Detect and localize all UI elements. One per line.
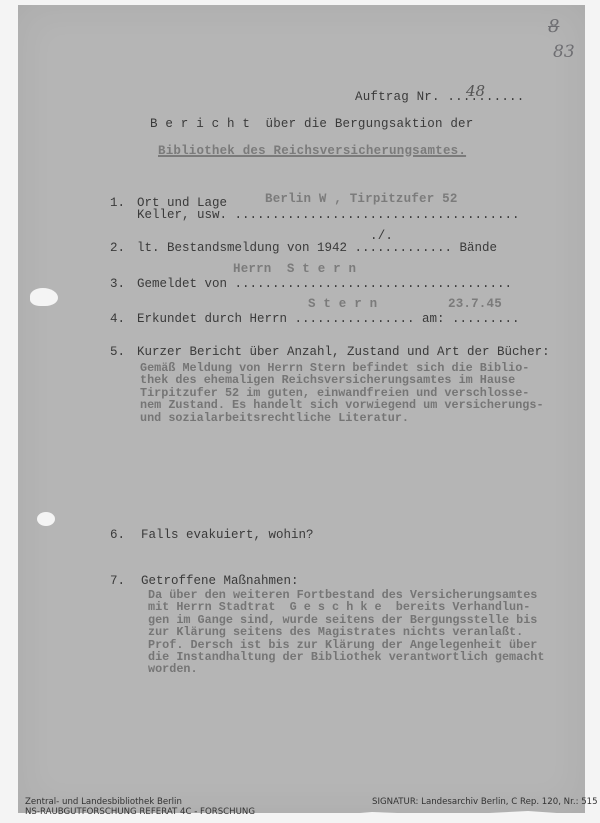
item-number: 2. (110, 241, 125, 255)
item-number: 7. (110, 574, 125, 588)
order-label: Auftrag Nr. .......... (355, 90, 524, 104)
item-3-label: Gemeldet von ...........................… (137, 277, 512, 291)
item-5-report-text: Gemäß Meldung von Herrn Stern befindet s… (140, 362, 544, 424)
item-4-name: S t e r n (308, 297, 377, 311)
item-number: 1. (110, 196, 125, 210)
punch-hole (30, 288, 58, 306)
item-number: 3. (110, 277, 125, 291)
item-6-label: Falls evakuiert, wohin? (141, 528, 314, 542)
footer-line-1: Zentral- und Landesbibliothek Berlin (25, 797, 255, 807)
item-number: 4. (110, 312, 125, 326)
document-title: B e r i c h t über die Bergungsaktion de… (150, 117, 473, 131)
footer-line-2: NS-RAUBGUTFORSCHUNG REFERAT 4C - FORSCHU… (25, 807, 255, 817)
item-3-value: Herrn S t e r n (233, 262, 356, 276)
page-number: 83 (553, 42, 575, 62)
item-1-label-2: Keller, usw. ...........................… (137, 208, 520, 222)
old-page-number: 8 (548, 16, 559, 37)
item-7-measures-text: Da über den weiteren Fortbestand des Ver… (148, 589, 544, 676)
item-number: 6. (110, 528, 125, 542)
item-number: 5. (110, 345, 125, 359)
item-5-label: Kurzer Bericht über Anzahl, Zustand und … (137, 345, 550, 359)
item-4-label: Erkundet durch Herrn ................ am… (137, 312, 520, 326)
footer-signature: SIGNATUR: Landesarchiv Berlin, C Rep. 12… (372, 797, 598, 807)
document-subtitle: Bibliothek des Reichsversicherungsamtes. (158, 144, 466, 158)
item-1-value: Berlin W , Tirpitzufer 52 (265, 192, 458, 206)
footer-institution: Zentral- und Landesbibliothek Berlin NS-… (25, 797, 255, 817)
punch-hole (37, 512, 55, 526)
order-number: 48 (466, 82, 485, 100)
item-2-label: lt. Bestandsmeldung von 1942 ...........… (137, 241, 497, 255)
item-4-date: 23.7.45 (448, 297, 502, 311)
item-7-label: Getroffene Maßnahmen: (141, 574, 299, 588)
